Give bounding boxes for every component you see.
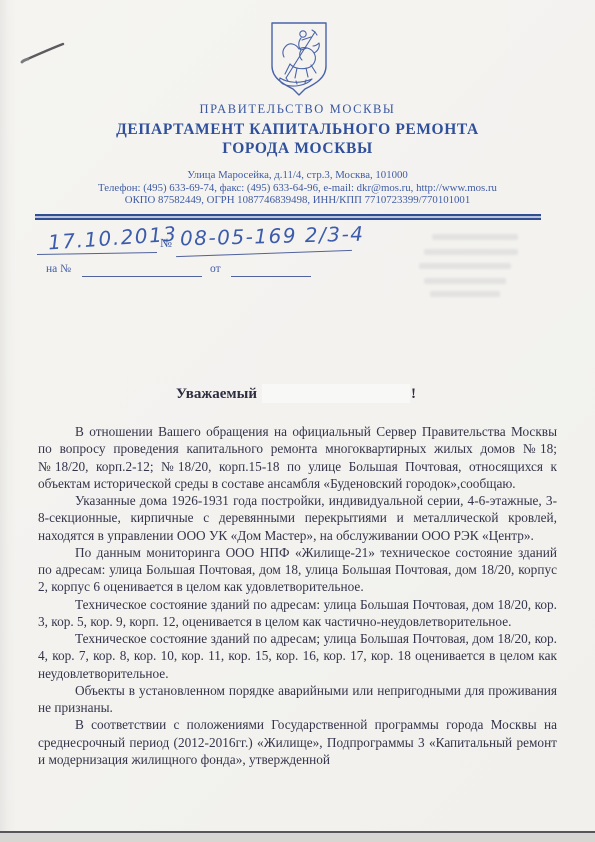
body-paragraph: В соответствии с положениями Государстве…: [38, 716, 557, 768]
letterhead-government: ПРАВИТЕЛЬСТВО МОСКВЫ: [0, 102, 595, 117]
letterhead-department: ДЕПАРТАМЕНТ КАПИТАЛЬНОГО РЕМОНТА ГОРОДА …: [0, 120, 595, 158]
scanned-letter-page: ПРАВИТЕЛЬСТВО МОСКВЫ ДЕПАРТАМЕНТ КАПИТАЛ…: [0, 0, 595, 842]
handwritten-date: 17.10.2013: [47, 222, 178, 255]
bleed-through-smudge: [419, 263, 511, 269]
pen-stroke-icon: [20, 40, 68, 66]
incoming-number-label: на №: [46, 263, 71, 275]
letterhead-department-line2: ГОРОДА МОСКВЫ: [0, 139, 595, 158]
body-paragraph: Объекты в установленном порядке аварийны…: [38, 682, 557, 717]
body-paragraph: По данным мониторинга ООО НПФ «Жилище-21…: [38, 544, 557, 596]
number-underline: [176, 250, 352, 257]
incoming-number-blank-line: [82, 276, 202, 277]
letterhead-registration: ОКПО 87582449, ОГРН 1087746839498, ИНН/К…: [0, 194, 595, 207]
incoming-date-blank-line: [231, 276, 311, 277]
number-label: №: [160, 236, 172, 251]
incoming-date-label: от: [210, 263, 221, 275]
body-paragraph: Техническое состояние зданий по адресам:…: [38, 596, 557, 631]
bleed-through-smudge: [430, 291, 500, 297]
body-paragraph: Техническое состояние зданий по адресам;…: [38, 630, 557, 682]
letterhead-department-line1: ДЕПАРТАМЕНТ КАПИТАЛЬНОГО РЕМОНТА: [0, 120, 595, 139]
salutation-exclamation: !: [411, 386, 416, 403]
letterhead-divider-rule: [35, 214, 541, 220]
bleed-through-smudge: [424, 249, 518, 255]
salutation-line: Уважаемый !: [0, 386, 595, 406]
scan-edge-strip: [0, 833, 595, 842]
letter-body: В отношении Вашего обращения на официаль…: [38, 423, 557, 768]
salutation-greeting: Уважаемый: [176, 386, 257, 403]
bleed-through-smudge: [432, 234, 518, 240]
bleed-through-smudge: [424, 278, 506, 284]
moscow-coat-of-arms-icon: [266, 20, 332, 98]
handwritten-number: 08-05-169 2/3-4: [180, 222, 365, 251]
letterhead-details: Улица Маросейка, д.11/4, стр.3, Москва, …: [0, 169, 595, 207]
letterhead-address: Улица Маросейка, д.11/4, стр.3, Москва, …: [0, 169, 595, 182]
redacted-name-area: [262, 384, 410, 403]
body-paragraph: В отношении Вашего обращения на официаль…: [38, 423, 557, 492]
letterhead-contacts: Телефон: (495) 633-69-74, факс: (495) 63…: [0, 182, 595, 195]
body-paragraph: Указанные дома 1926-1931 года постройки,…: [38, 492, 557, 544]
